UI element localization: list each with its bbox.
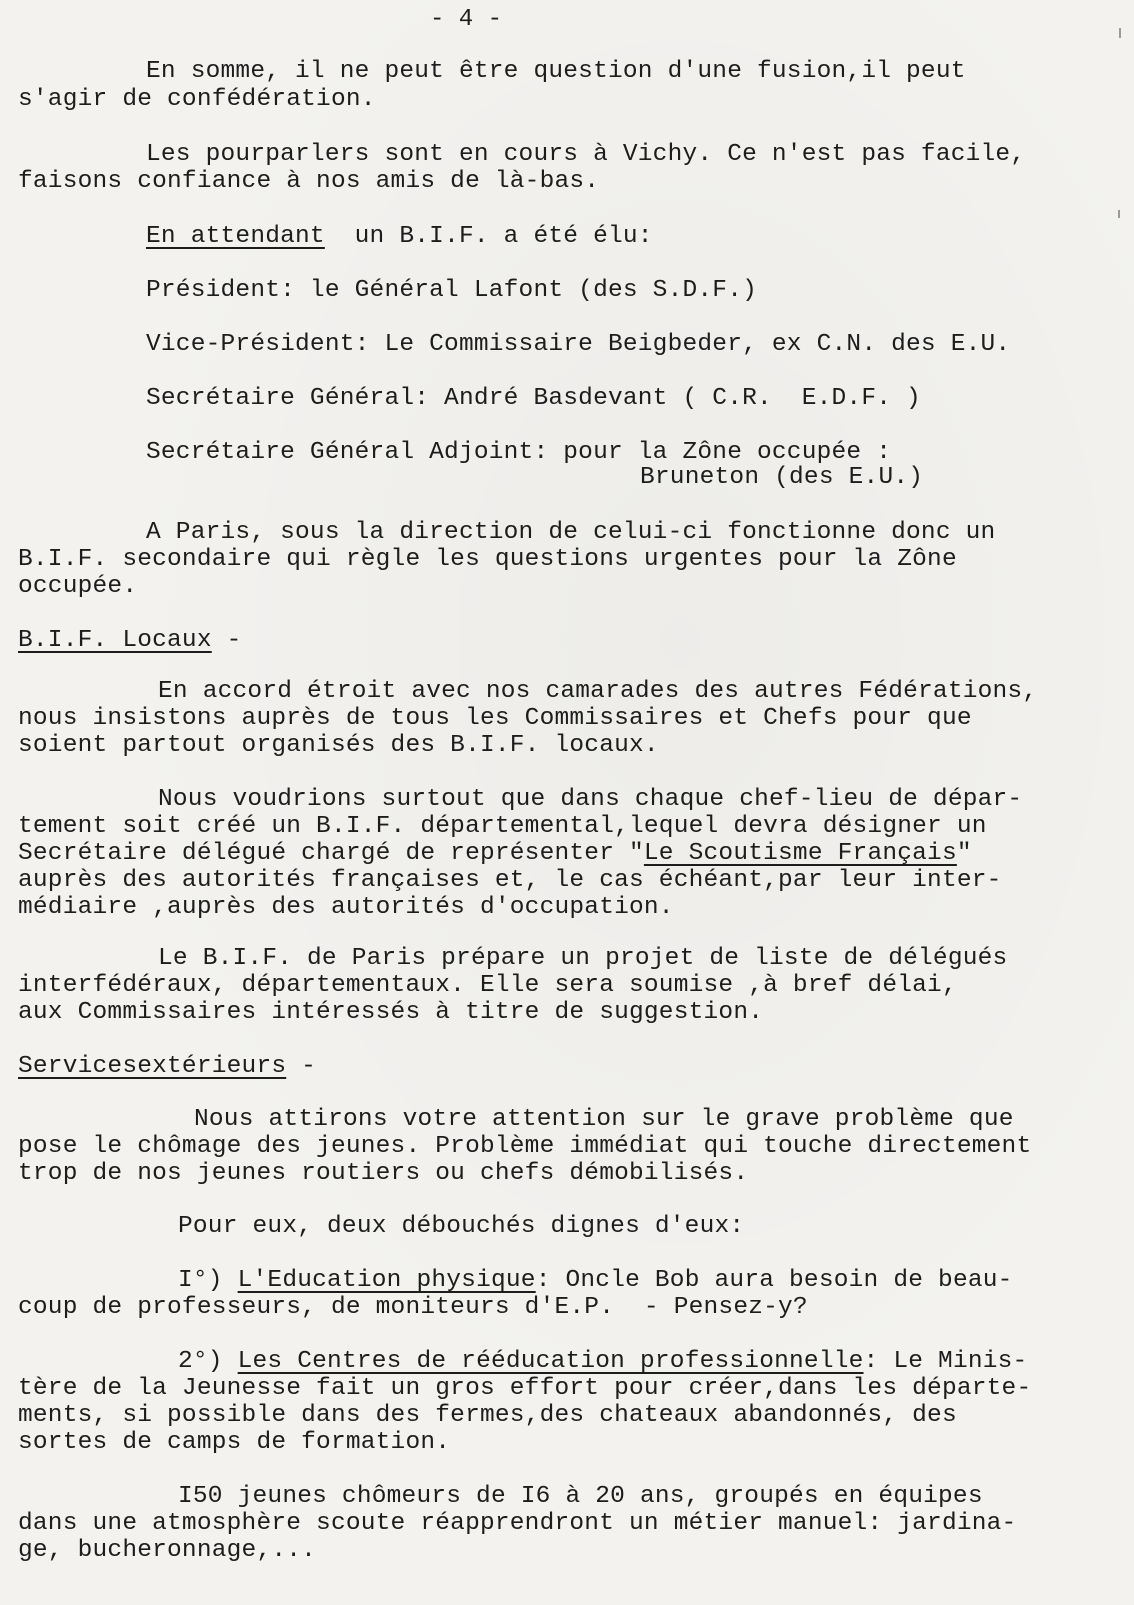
paragraph-line: Le B.I.F. de Paris prépare un projet de … (158, 945, 1007, 972)
paragraph-line: dans une atmosphère scoute réapprendront… (18, 1510, 1016, 1537)
list-item-1: I°) L'Education physique: Oncle Bob aura… (178, 1267, 1013, 1294)
paragraph-line: s'agir de confédération. (18, 86, 376, 113)
paragraph-line: Nous voudrions surtout que dans chaque c… (158, 786, 1022, 813)
paragraph-line: En somme, il ne peut être question d'une… (146, 58, 966, 85)
paragraph-line: Nous attirons votre attention sur le gra… (194, 1106, 1014, 1133)
paragraph-line: faisons confiance à nos amis de là-bas. (18, 168, 599, 195)
paragraph-line: coup de professeurs, de moniteurs d'E.P.… (18, 1294, 808, 1321)
paragraph-line: tement soit créé un B.I.F. départemental… (18, 813, 987, 840)
underlined-phrase: En attendant (146, 223, 325, 250)
paragraph-line: pose le chômage des jeunes. Problème imm… (18, 1133, 1031, 1160)
paragraph-line: B.I.F. secondaire qui règle les question… (18, 546, 957, 573)
paragraph-line: trop de nos jeunes routiers ou chefs dém… (18, 1160, 748, 1187)
paragraph-line: tère de la Jeunesse fait un gros effort … (18, 1375, 1031, 1402)
election-intro: En attendant un B.I.F. a été élu: (146, 223, 653, 250)
officer-president: Président: le Général Lafont (des S.D.F.… (146, 277, 757, 304)
paragraph-line: Les pourparlers sont en cours à Vichy. C… (146, 141, 1025, 168)
officer-deputy-secretary-name: Bruneton (des E.U.) (640, 464, 923, 491)
underlined-phrase: L'Education physique (238, 1267, 536, 1294)
margin-mark (1119, 28, 1121, 38)
page-number: - 4 - (430, 6, 502, 33)
paragraph-line: ge, bucheronnage,... (18, 1537, 316, 1564)
officer-vice-president: Vice-Président: Le Commissaire Beigbeder… (146, 331, 1010, 358)
paragraph-line: soient partout organisés des B.I.F. loca… (18, 732, 659, 759)
officer-deputy-secretary: Secrétaire Général Adjoint: pour la Zône… (146, 439, 891, 466)
paragraph-line: Secrétaire délégué chargé de représenter… (18, 840, 972, 867)
paragraph-line: nous insistons auprès de tous les Commis… (18, 705, 972, 732)
paragraph-line: A Paris, sous la direction de celui-ci f… (146, 519, 995, 546)
section-heading-bif-locaux: B.I.F. Locaux - (18, 627, 242, 654)
paragraph-line: sortes de camps de formation. (18, 1429, 450, 1456)
underlined-phrase: Les Centres de rééducation professionnel… (238, 1348, 864, 1375)
paragraph-line: aux Commissaires intéressés à titre de s… (18, 999, 763, 1026)
paragraph-line: I50 jeunes chômeurs de I6 à 20 ans, grou… (178, 1483, 983, 1510)
underlined-phrase: Le Scoutisme Français (644, 840, 957, 867)
paragraph-line: auprès des autorités françaises et, le c… (18, 867, 1002, 894)
paragraph-line: occupée. (18, 573, 137, 600)
section-heading-services-exterieurs: Servicesextérieurs - (18, 1053, 316, 1080)
paragraph-line: ments, si possible dans des fermes,des c… (18, 1402, 957, 1429)
paragraph-line: Pour eux, deux débouchés dignes d'eux: (178, 1213, 744, 1240)
margin-mark (1118, 210, 1120, 218)
paragraph-line: En accord étroit avec nos camarades des … (158, 678, 1037, 705)
officer-secretary-general: Secrétaire Général: André Basdevant ( C.… (146, 385, 921, 412)
typewritten-page: - 4 - En somme, il ne peut être question… (0, 0, 1134, 1605)
paragraph-line: interfédéraux, départementaux. Elle sera… (18, 972, 957, 999)
paragraph-line: médiaire ,auprès des autorités d'occupat… (18, 894, 674, 921)
list-item-2: 2°) Les Centres de rééducation professio… (178, 1348, 1027, 1375)
